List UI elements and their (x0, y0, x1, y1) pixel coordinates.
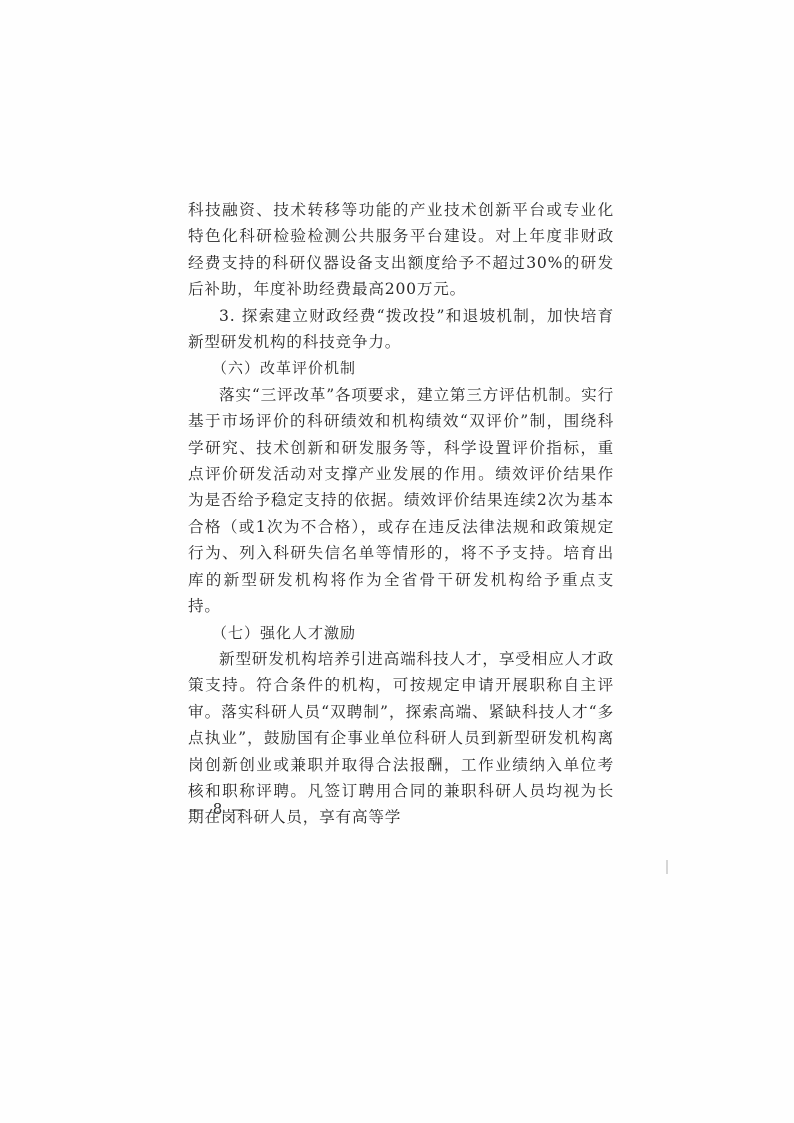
paragraph-continuation: 科技融资、技术转移等功能的产业技术创新平台或专业化特色化科研检验检测公共服务平台… (188, 197, 614, 303)
section-heading-7: （七）强化人才激励 (188, 620, 614, 646)
page-number: — 8 — (189, 800, 248, 818)
body-text: 科技融资、技术转移等功能的产业技术创新平台或专业化特色化科研检验检测公共服务平台… (188, 197, 614, 831)
paragraph-evaluation: 落实“三评改革”各项要求，建立第三方评估机制。实行基于市场评价的科研绩效和机构绩… (188, 382, 614, 620)
paragraph-item-3: 3. 探索建立财政经费“拨改投”和退坡机制，加快培育新型研发机构的科技竞争力。 (188, 303, 614, 356)
paragraph-talent: 新型研发机构培养引进高端科技人才，享受相应人才政策支持。符合条件的机构，可按规定… (188, 646, 614, 831)
scan-artifact (666, 860, 668, 874)
section-heading-6: （六）改革评价机制 (188, 355, 614, 381)
document-page: 科技融资、技术转移等功能的产业技术创新平台或专业化特色化科研检验检测公共服务平台… (0, 0, 794, 1123)
